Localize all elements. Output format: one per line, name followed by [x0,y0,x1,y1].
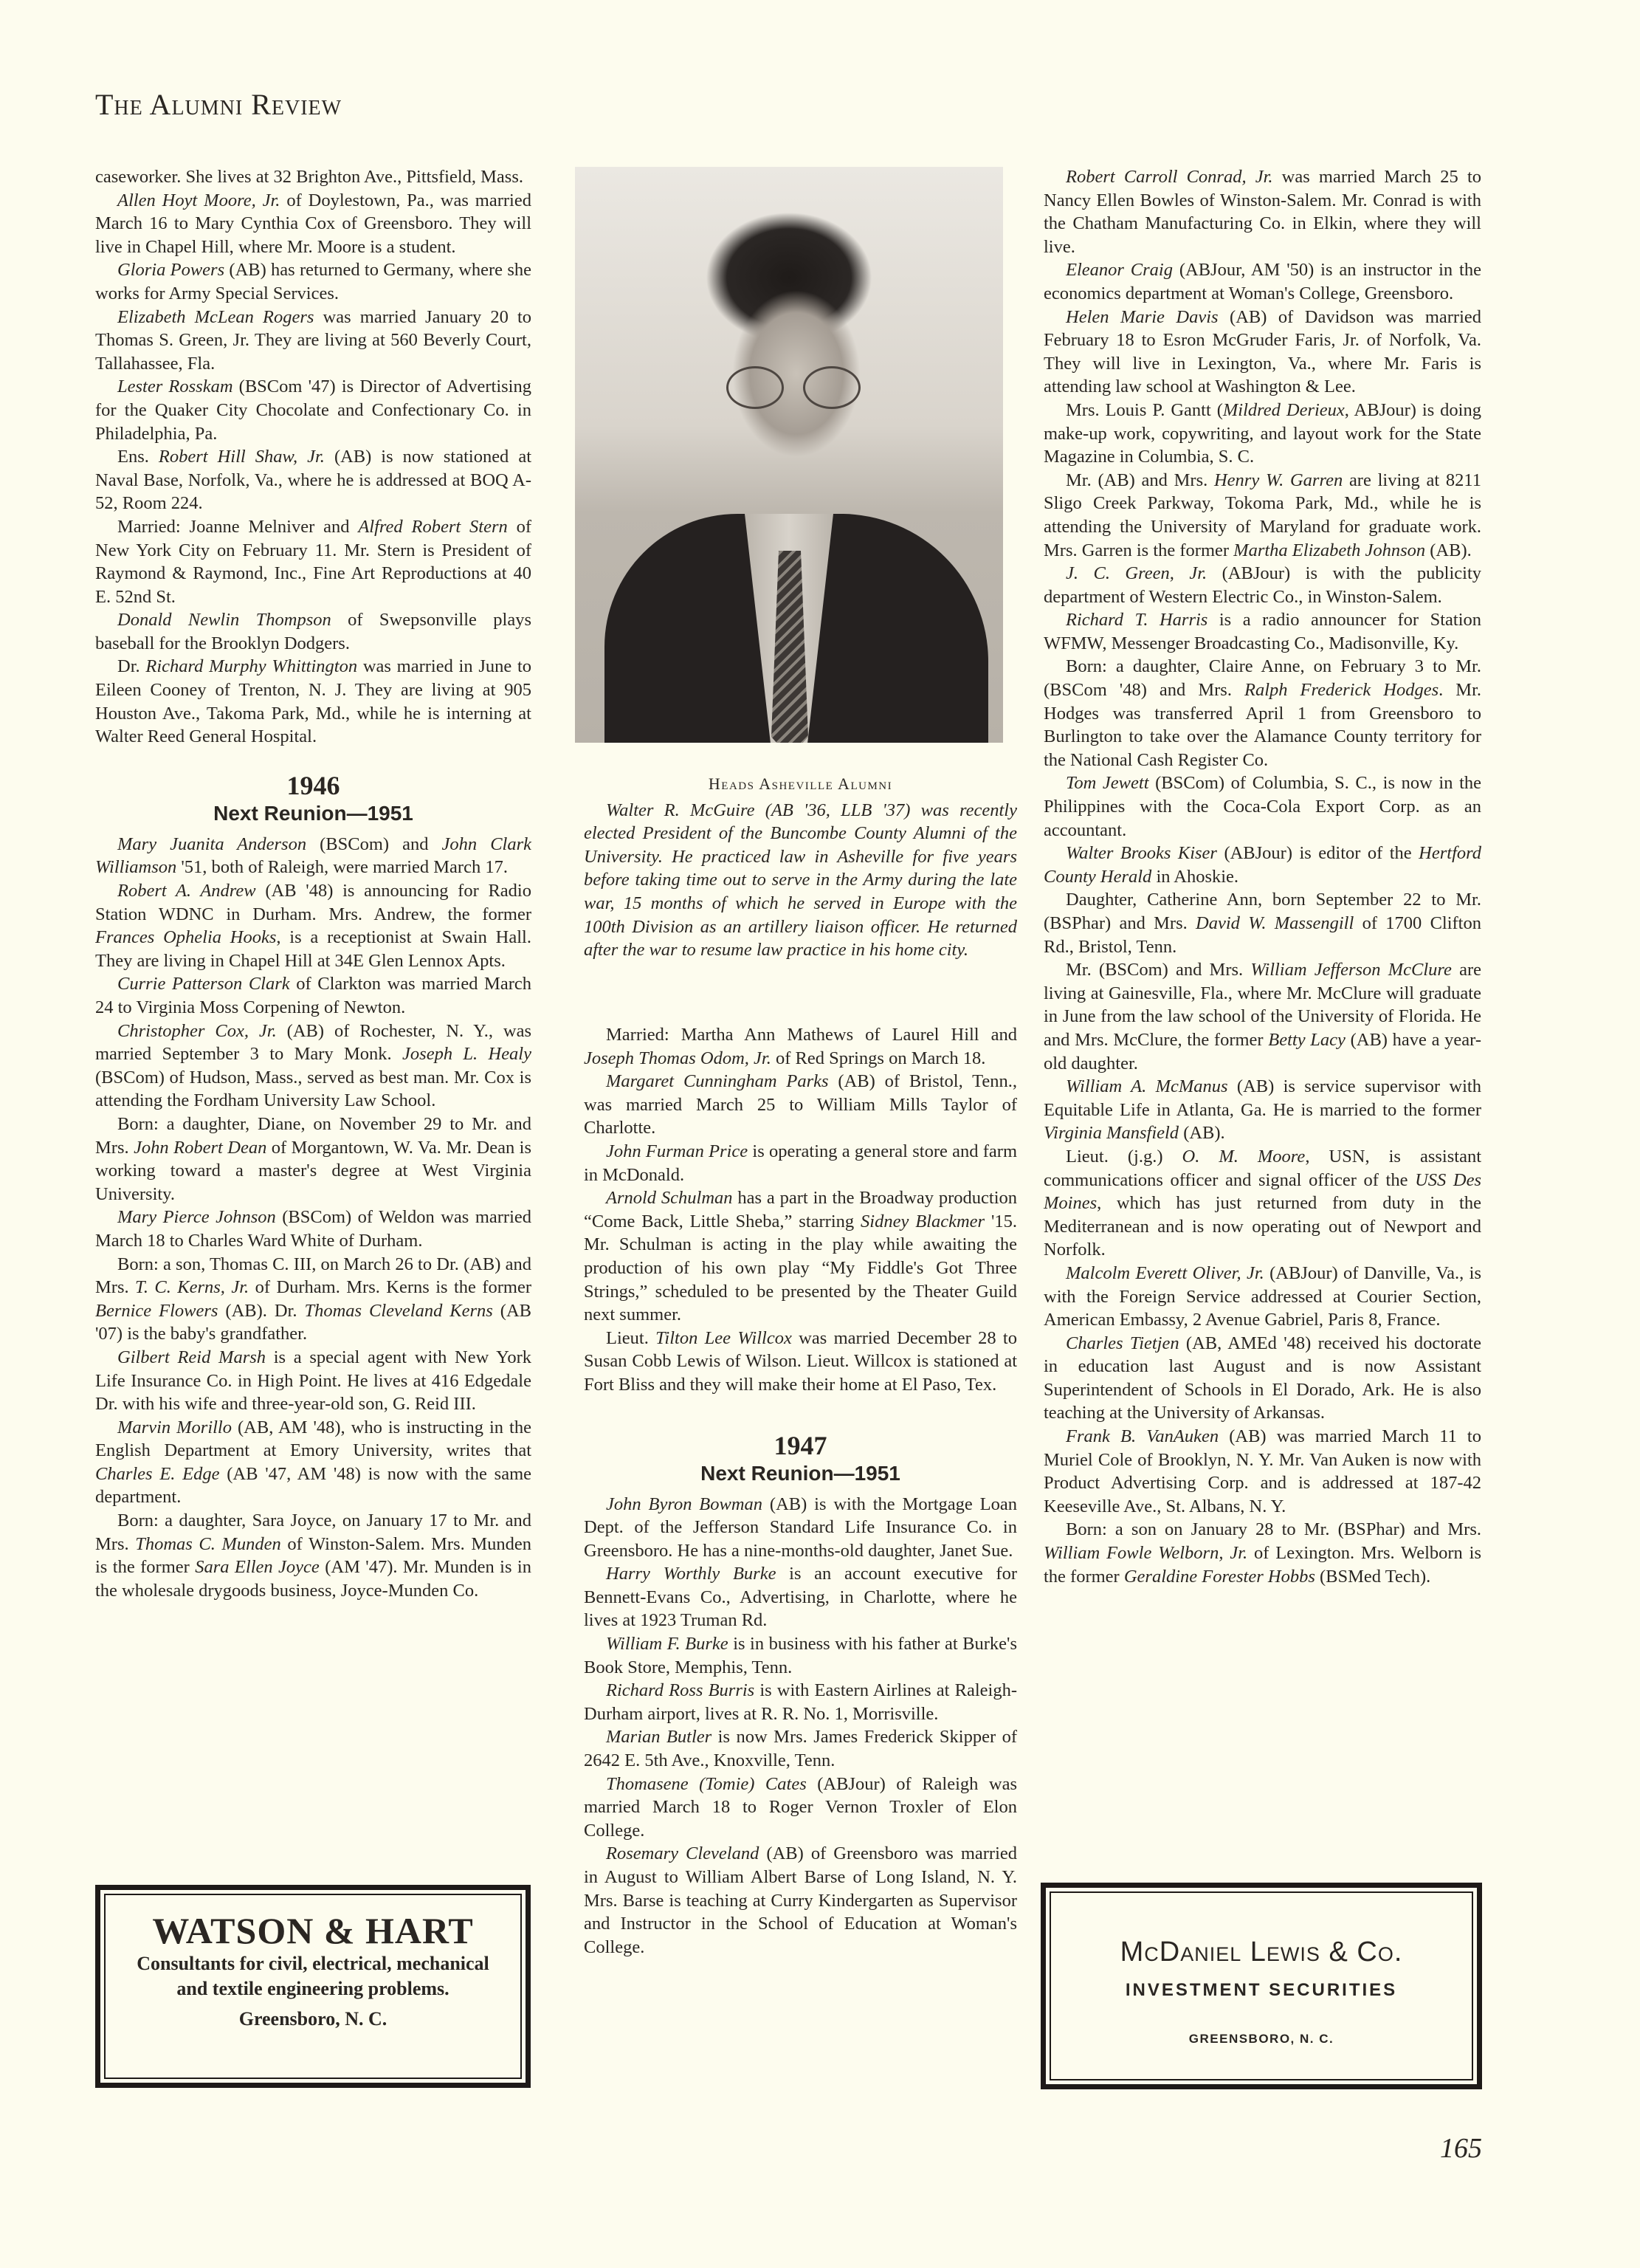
entry: Born: a daughter, Diane, on November 29 … [95,1113,531,1206]
entry: John Furman Price is operating a general… [584,1140,1017,1186]
alumnus-name: Thomas C. Munden [135,1534,281,1554]
entry: Tom Jewett (BSCom) of Columbia, S. C., i… [1044,772,1481,842]
alumnus-name: John Robert Dean [134,1138,266,1158]
entry: Margaret Cunningham Parks (AB) of Bristo… [584,1070,1017,1140]
alumnus-name: Charles E. Edge [95,1464,220,1484]
entry: Lester Rosskam (BSCom '47) is Director o… [95,375,531,445]
photo-glasses [726,366,866,403]
entry: Lieut. (j.g.) O. M. Moore, USN, is assis… [1044,1145,1481,1262]
left-intro-entries: caseworker. She lives at 32 Brighton Ave… [95,165,531,749]
entry: Richard Ross Burris is with Eastern Airl… [584,1679,1017,1725]
entry: Mrs. Louis P. Gantt (Mildred Derieux, AB… [1044,399,1481,469]
entry: Currie Patterson Clark of Clarkton was m… [95,972,531,1019]
alumnus-name: Betty Lacy [1268,1030,1346,1050]
alumnus-name: Richard Ross Burris [606,1680,754,1700]
entry: Richard T. Harris is a radio announcer f… [1044,608,1481,655]
alumnus-name: Henry W. Garren [1214,470,1343,490]
alumnus-name: Malcolm Everett Oliver, Jr. [1066,1263,1264,1283]
left-column: caseworker. She lives at 32 Brighton Ave… [95,165,531,1602]
entry: Married: Joanne Melniver and Alfred Robe… [95,515,531,608]
alumnus-name: Arnold Schulman [606,1188,733,1208]
class-1947-heading: 1947 Next Reunion—1951 [584,1431,1017,1487]
entry: Malcolm Everett Oliver, Jr. (ABJour) of … [1044,1262,1481,1332]
entry: Donald Newlin Thompson of Swepsonville p… [95,608,531,655]
alumnus-name: Currie Patterson Clark [117,974,290,994]
ad-subtitle: INVESTMENT SECURITIES [1051,1980,1472,2001]
alumnus-name: Helen Marie Davis [1066,307,1219,327]
alumnus-name: Harry Worthly Burke [606,1564,776,1584]
entry: Born: a daughter, Sara Joyce, on January… [95,1509,531,1602]
alumnus-name: Bernice Flowers [95,1301,218,1321]
alumnus-name: Ralph Frederick Hodges [1244,680,1439,700]
entry: Ens. Robert Hill Shaw, Jr. (AB) is now s… [95,445,531,515]
entry: Gloria Powers (AB) has returned to Germa… [95,258,531,305]
alumnus-name: Robert Carroll Conrad, Jr. [1066,167,1273,187]
alumnus-name: Tom Jewett [1066,773,1149,793]
alumnus-name: Rosemary Cleveland [606,1843,759,1863]
entry: John Byron Bowman (AB) is with the Mortg… [584,1493,1017,1563]
ad-city: Greensboro, N. C. [106,2004,520,2034]
middle-entries: Married: Martha Ann Mathews of Laurel Hi… [584,1023,1017,1397]
entry: Marvin Morillo (AB, AM '48), who is inst… [95,1416,531,1509]
alumnus-name: Allen Hoyt Moore, Jr. [117,190,280,210]
watson-hart-ad: WATSON & HART Consultants for civil, ele… [95,1885,531,2088]
alumnus-name: Donald Newlin Thompson [117,610,331,630]
ad-inner-border: McDaniel Lewis & Co. INVESTMENT SECURITI… [1050,1891,1473,2080]
entry: Mary Pierce Johnson (BSCom) of Weldon wa… [95,1206,531,1252]
alumnus-name: O. M. Moore [1182,1147,1306,1166]
entry: Married: Martha Ann Mathews of Laurel Hi… [584,1023,1017,1070]
alumnus-name: Marian Butler [606,1727,712,1747]
alumnus-name: Thomasene (Tomie) Cates [606,1774,807,1794]
alumnus-name: Virginia Mansfield [1044,1123,1179,1143]
ad-city: GREENSBORO, N. C. [1051,2032,1472,2047]
entry: Mr. (AB) and Mrs. Henry W. Garren are li… [1044,469,1481,562]
alumnus-name: Frank B. VanAuken [1066,1426,1219,1446]
running-head: The Alumni Review [95,87,342,122]
alumnus-name: Mary Pierce Johnson [117,1207,276,1227]
alumnus-name: Frances Ophelia Hooks [95,927,276,947]
entry: Dr. Richard Murphy Whittington was marri… [95,655,531,748]
alumnus-name: Walter Brooks Kiser [1066,843,1217,863]
alumnus-name: Robert Hill Shaw, Jr. [159,447,325,467]
alumnus-name: Christopher Cox, Jr. [117,1021,277,1041]
entry: Arnold Schulman has a part in the Broadw… [584,1186,1017,1327]
entry: William F. Burke is in business with his… [584,1632,1017,1679]
entry: Elizabeth McLean Rogers was married Janu… [95,306,531,376]
alumnus-name: William F. Burke [606,1634,728,1654]
alumnus-name: Mildred Derieux [1223,400,1345,420]
alumnus-name: Gloria Powers [117,260,224,280]
entry: William A. McManus (AB) is service super… [1044,1075,1481,1145]
alumnus-name: Charles Tietjen [1066,1333,1179,1353]
caption-title: Heads Asheville Alumni [584,772,1017,796]
alumnus-name: Elizabeth McLean Rogers [117,307,314,327]
class-1946-entries: Mary Juanita Anderson (BSCom) and John C… [95,833,531,1603]
alumnus-name: Sidney Blackmer [861,1212,985,1231]
alumnus-name: William A. McManus [1066,1076,1228,1096]
right-entries: Robert Carroll Conrad, Jr. was married M… [1044,165,1481,1588]
entry: Eleanor Craig (ABJour, AM '50) is an ins… [1044,258,1481,305]
alumnus-name: Joseph L. Healy [402,1044,531,1064]
alumnus-name: Sara Ellen Joyce [195,1557,320,1577]
entry: Lieut. Tilton Lee Willcox was married De… [584,1327,1017,1397]
portrait-photo [575,167,1003,743]
right-column: Robert Carroll Conrad, Jr. was married M… [1044,165,1481,1588]
alumnus-name: Alfred Robert Stern [358,517,507,537]
alumnus-name: Thomas Cleveland Kerns [304,1301,492,1321]
entry: Thomasene (Tomie) Cates (ABJour) of Rale… [584,1773,1017,1843]
alumnus-name: Geraldine Forester Hobbs [1124,1567,1315,1587]
alumnus-name: T. C. Kerns, Jr. [135,1277,249,1297]
entry: Harry Worthly Burke is an account execut… [584,1562,1017,1632]
class-1947-entries: John Byron Bowman (AB) is with the Mortg… [584,1493,1017,1959]
alumnus-name: William Fowle Welborn, Jr. [1044,1543,1247,1563]
entry: Gilbert Reid Marsh is a special agent wi… [95,1346,531,1416]
class-year: 1946 [95,771,531,800]
entry: Robert A. Andrew (AB '48) is announcing … [95,879,531,972]
alumnus-name: Mary Juanita Anderson [117,834,306,854]
ad-inner-border: WATSON & HART Consultants for civil, ele… [104,1894,522,2079]
mcdaniel-lewis-ad: McDaniel Lewis & Co. INVESTMENT SECURITI… [1041,1883,1482,2089]
alumnus-name: Margaret Cunningham Parks [606,1071,829,1091]
entry: Frank B. VanAuken (AB) was married March… [1044,1425,1481,1518]
photo-caption: Heads Asheville Alumni Walter R. McGuire… [584,772,1017,962]
alumnus-name: USS Des Moines [1044,1170,1481,1214]
entry: Helen Marie Davis (AB) of Davidson was m… [1044,306,1481,399]
alumnus-name: William Jefferson McClure [1250,960,1452,980]
entry: Born: a son, Thomas C. III, on March 26 … [95,1253,531,1346]
middle-column: Married: Martha Ann Mathews of Laurel Hi… [584,1023,1017,1959]
caption-body: Walter R. McGuire (AB '36, LLB '37) was … [584,799,1017,962]
alumnus-name: Marvin Morillo [117,1417,232,1437]
alumnus-name: David W. Massengill [1196,913,1354,933]
entry: Rosemary Cleveland (AB) of Greensboro wa… [584,1842,1017,1959]
entry: Robert Carroll Conrad, Jr. was married M… [1044,165,1481,258]
alumnus-name: Joseph Thomas Odom, Jr. [584,1048,771,1068]
alumnus-name: John Byron Bowman [606,1494,762,1514]
entry: Walter Brooks Kiser (ABJour) is editor o… [1044,842,1481,888]
ad-company-name: WATSON & HART [106,1910,520,1951]
ad-description: Consultants for civil, electrical, mecha… [106,1951,520,2001]
class-year: 1947 [584,1431,1017,1460]
alumnus-name: Lester Rosskam [117,377,233,396]
entry: Mary Juanita Anderson (BSCom) and John C… [95,833,531,879]
entry: J. C. Green, Jr. (ABJour) is with the pu… [1044,562,1481,608]
class-reunion: Next Reunion—1951 [95,800,531,827]
alumnus-name: Eleanor Craig [1066,260,1173,280]
entry: Mr. (BSCom) and Mrs. William Jefferson M… [1044,958,1481,1075]
class-1946-heading: 1946 Next Reunion—1951 [95,771,531,827]
entry: Christopher Cox, Jr. (AB) of Rochester, … [95,1020,531,1113]
alumnus-name: John Furman Price [606,1141,748,1161]
entry: caseworker. She lives at 32 Brighton Ave… [95,165,531,189]
entry: Charles Tietjen (AB, AMEd '48) received … [1044,1332,1481,1425]
alumnus-name: J. C. Green, Jr. [1066,563,1207,583]
entry: Allen Hoyt Moore, Jr. of Doylestown, Pa.… [95,189,531,259]
entry: Born: a daughter, Claire Anne, on Februa… [1044,655,1481,772]
entry: Born: a son on January 28 to Mr. (BSPhar… [1044,1518,1481,1588]
alumnus-name: Robert A. Andrew [117,881,256,901]
alumnus-name: Tilton Lee Willcox [655,1328,792,1348]
alumnus-name: Richard Murphy Whittington [145,656,357,676]
alumnus-name: Richard T. Harris [1066,610,1207,630]
entry: Daughter, Catherine Ann, born September … [1044,888,1481,958]
ad-company-name: McDaniel Lewis & Co. [1051,1936,1472,1968]
entry: Marian Butler is now Mrs. James Frederic… [584,1725,1017,1772]
page-number: 165 [1440,2132,1482,2165]
class-reunion: Next Reunion—1951 [584,1460,1017,1487]
alumnus-name: Gilbert Reid Marsh [117,1347,266,1367]
alumnus-name: Martha Elizabeth Johnson [1233,540,1425,560]
